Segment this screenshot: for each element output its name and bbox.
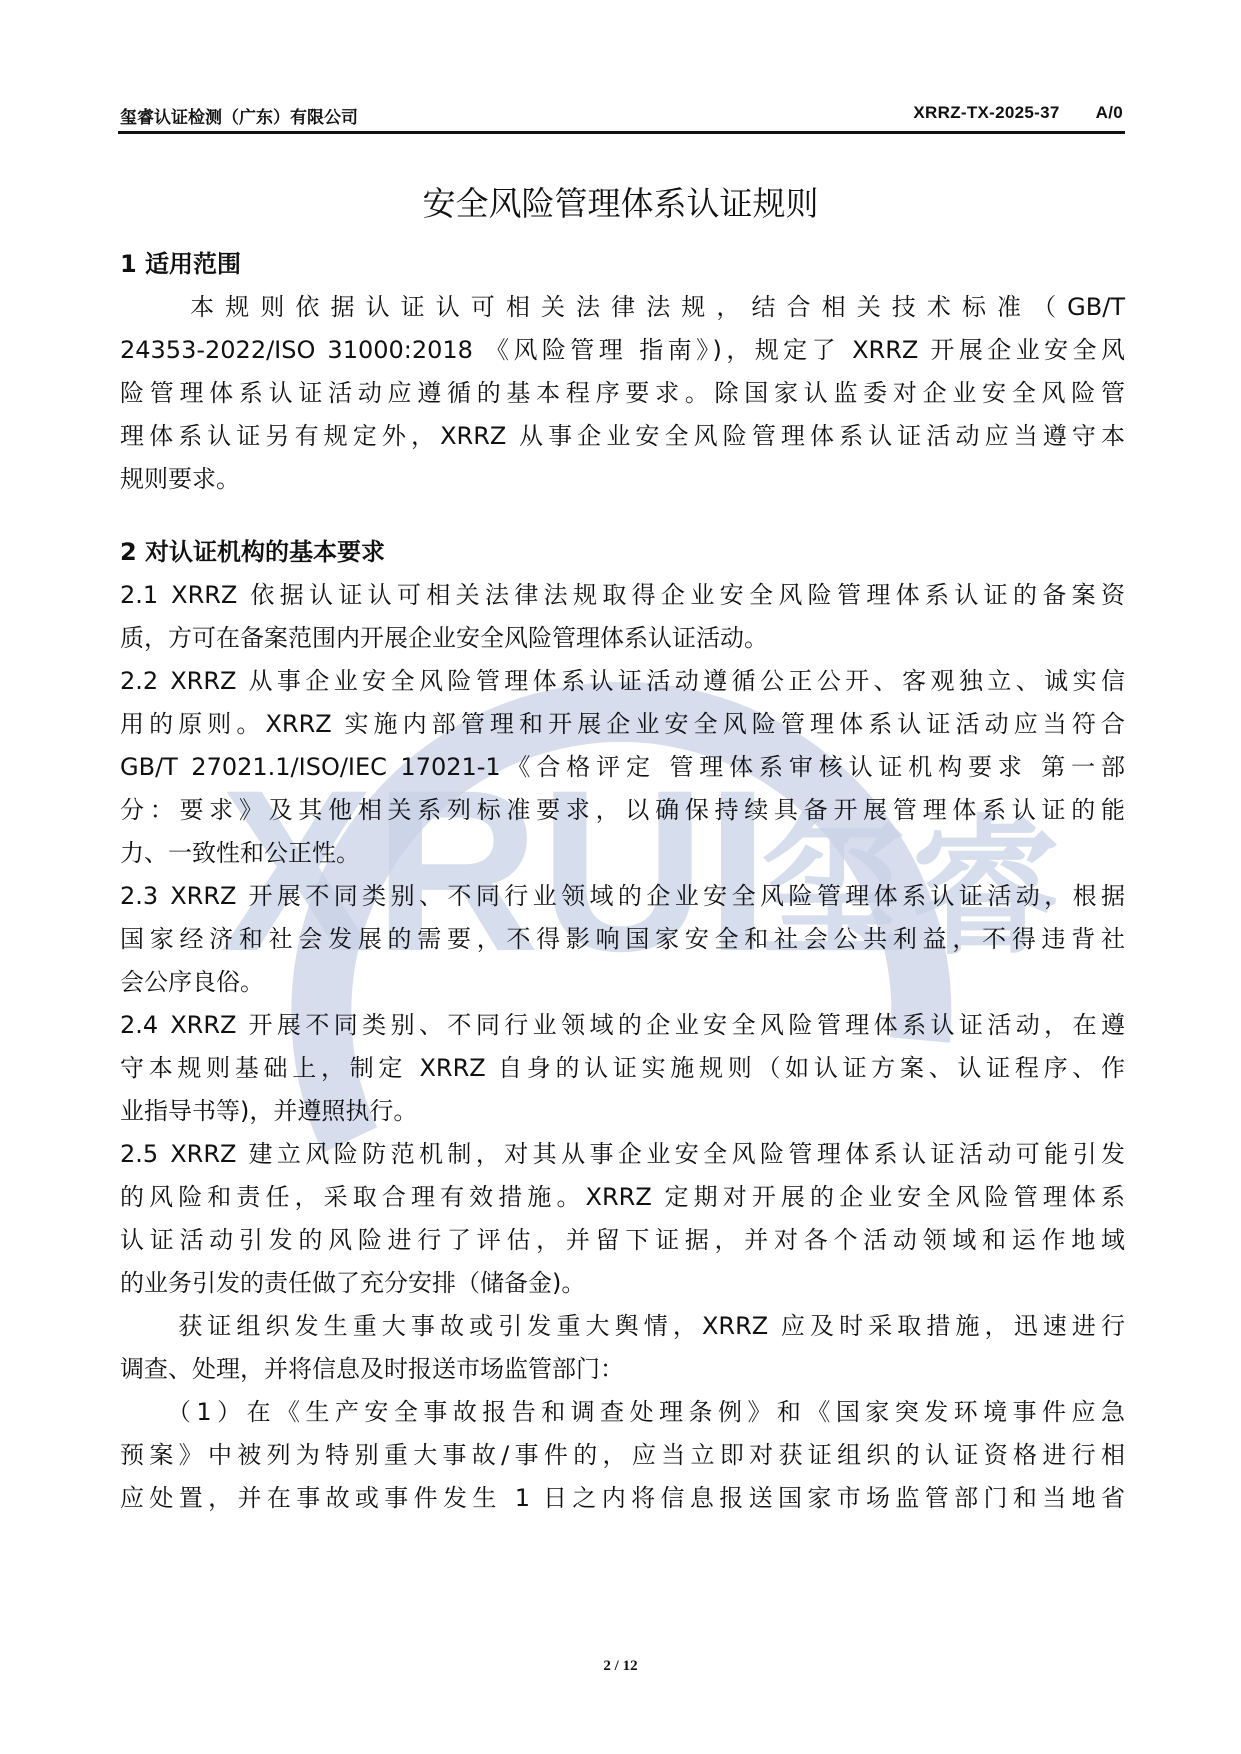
doc-code: XRRZ-TX-2025-37 [913,103,1059,122]
paragraph-line: 业指导书等)，并遵照执行。 [120,1091,1125,1126]
paragraph-line: 分：要求》及其他相关系列标准要求，以确保持续具备开展管理体系认证的能 [120,790,1125,825]
page-header: 玺睿认证检测（广东）有限公司 XRRZ-TX-2025-37A/0 [118,101,1125,134]
paragraph-line: 规则要求。 [120,459,1125,494]
document-code: XRRZ-TX-2025-37A/0 [913,103,1123,123]
doc-version: A/0 [1096,103,1123,122]
paragraph-line: 24353-2022/ISO 31000:2018 《风险管理 指南》)，规定了… [120,330,1125,365]
document-title: 安全风险管理体系认证规则 [0,178,1241,225]
clause-2-2: 2.2 XRRZ 从事企业安全风险管理体系认证活动遵循公正公开、客观独立、诚实信 [120,661,1125,696]
paragraph-line: 的风险和责任，采取合理有效措施。XRRZ 定期对开展的企业安全风险管理体系 [120,1177,1125,1212]
paragraph-line: 质，方可在备案范围内开展企业安全风险管理体系认证活动。 [120,618,1125,653]
paragraph-line: GB/T 27021.1/ISO/IEC 17021-1《合格评定 管理体系审核… [120,747,1125,782]
list-item-1: （1）在《生产安全事故报告和调查处理条例》和《国家突发环境事件应急 [120,1392,1125,1427]
paragraph-line: 认证活动引发的风险进行了评估，并留下证据，并对各个活动领域和运作地域 [120,1220,1125,1255]
paragraph-line: 应处置，并在事故或事件发生 1 日之内将信息报送国家市场监管部门和当地省 [120,1478,1125,1513]
paragraph-line: 理体系认证另有规定外，XRRZ 从事企业安全风险管理体系认证活动应当遵守本 [120,416,1125,451]
paragraph-line: 守本规则基础上，制定 XRRZ 自身的认证实施规则（如认证方案、认证程序、作 [120,1048,1125,1083]
paragraph-line: 用的原则。XRRZ 实施内部管理和开展企业安全风险管理体系认证活动应当符合 [120,704,1125,739]
paragraph-line: 会公序良俗。 [120,962,1125,997]
paragraph-line: 国家经济和社会发展的需要，不得影响国家安全和社会公共利益，不得违背社 [120,919,1125,954]
page-number: 2 / 12 [0,1658,1241,1675]
clause-2-4: 2.4 XRRZ 开展不同类别、不同行业领域的企业安全风险管理体系认证活动，在遵 [120,1005,1125,1040]
clause-2-3: 2.3 XRRZ 开展不同类别、不同行业领域的企业安全风险管理体系认证活动，根据 [120,876,1125,911]
paragraph-line: 力、一致性和公正性。 [120,833,1125,868]
paragraph-line: 预案》中被列为特别重大事故/事件的，应当立即对获证组织的认证资格进行相 [120,1435,1125,1470]
company-name: 玺睿认证检测（广东）有限公司 [120,103,358,128]
paragraph-line: 调查、处理，并将信息及时报送市场监管部门： [120,1349,1125,1384]
clause-2-5: 2.5 XRRZ 建立风险防范机制，对其从事企业安全风险管理体系认证活动可能引发 [120,1134,1125,1169]
paragraph-line: 本规则依据认证认可相关法律法规，结合相关技术标准（GB/T [120,287,1125,322]
section-heading-2: 2 对认证机构的基本要求 [120,532,385,567]
paragraph-line: 获证组织发生重大事故或引发重大舆情，XRRZ 应及时采取措施，迅速进行 [120,1306,1125,1341]
section-heading-1: 1 适用范围 [120,244,241,279]
paragraph-line: 的业务引发的责任做了充分安排（储备金)。 [120,1263,1125,1298]
paragraph-line: 险管理体系认证活动应遵循的基本程序要求。除国家认监委对企业安全风险管 [120,373,1125,408]
clause-2-1: 2.1 XRRZ 依据认证认可相关法律法规取得企业安全风险管理体系认证的备案资 [120,575,1125,610]
